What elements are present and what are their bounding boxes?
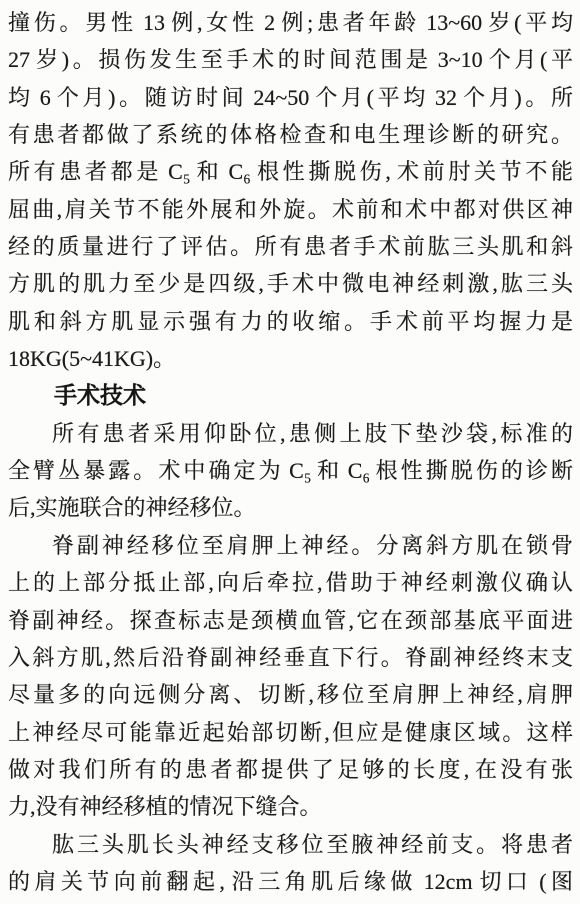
text-line: 全臂丛暴露。术中确定为 C₅ 和 C₆ 根性撕脱伤的诊断 — [8, 452, 573, 489]
text-line: 屈曲,肩关节不能外展和外旋。术前和术中都对供区神 — [8, 191, 573, 228]
section-heading: 手术技术 — [8, 377, 573, 414]
text-line: 27 岁)。损伤发生至手术的时间范围是 3~10 个月(平 — [8, 41, 573, 78]
text-line: 肱三头肌长头神经支移位至腋神经前支。将患者 — [8, 826, 573, 863]
text-column: 撞伤。男性 13 例,女性 2 例;患者年龄 13~60 岁(平均27 岁)。损… — [8, 4, 573, 900]
text-line: 均 6 个月)。随访时间 24~50 个月(平均 32 个月)。所 — [8, 79, 573, 116]
text-line: 力,没有神经移植的情况下缝合。 — [8, 788, 573, 825]
text-line: 所有患者采用仰卧位,患侧上肢下垫沙袋,标准的 — [8, 415, 573, 452]
text-line: 上神经尽可能靠近起始部切断,但应是健康区域。这样 — [8, 714, 573, 751]
document-page: 撞伤。男性 13 例,女性 2 例;患者年龄 13~60 岁(平均27 岁)。损… — [0, 0, 580, 904]
text-line: 尽量多的向远侧分离、切断,移位至肩胛上神经,肩胛 — [8, 676, 573, 713]
text-line: 的肩关节向前翻起, 沿三角肌后缘做 12cm 切口 (图 — [8, 863, 573, 900]
text-line: 脊副神经。探查标志是颈横血管,它在颈部基底平面进 — [8, 602, 573, 639]
text-line: 做对我们所有的患者都提供了足够的长度, 在没有张 — [8, 751, 573, 788]
text-line: 入斜方肌,然后沿脊副神经垂直下行。脊副神经终末支 — [8, 639, 573, 676]
text-line: 有患者都做了系统的体格检查和电生理诊断的研究。 — [8, 116, 573, 153]
text-line: 上的上部分抵止部,向后牵拉,借助于神经刺激仪确认 — [8, 564, 573, 601]
text-line: 18KG(5~41KG)。 — [8, 340, 573, 377]
text-line: 肌和斜方肌显示强有力的收缩。手术前平均握力是 — [8, 303, 573, 340]
text-line: 后,实施联合的神经移位。 — [8, 489, 573, 526]
text-line: 所有患者都是 C₅ 和 C₆ 根性撕脱伤, 术前肘关节不能 — [8, 153, 573, 190]
text-line: 撞伤。男性 13 例,女性 2 例;患者年龄 13~60 岁(平均 — [8, 4, 573, 41]
text-line: 脊副神经移位至肩胛上神经。分离斜方肌在锁骨 — [8, 527, 573, 564]
text-line: 方肌的肌力至少是四级,手术中微电神经刺激,肱三头 — [8, 265, 573, 302]
text-line: 经的质量进行了评估。所有患者手术前肱三头肌和斜 — [8, 228, 573, 265]
